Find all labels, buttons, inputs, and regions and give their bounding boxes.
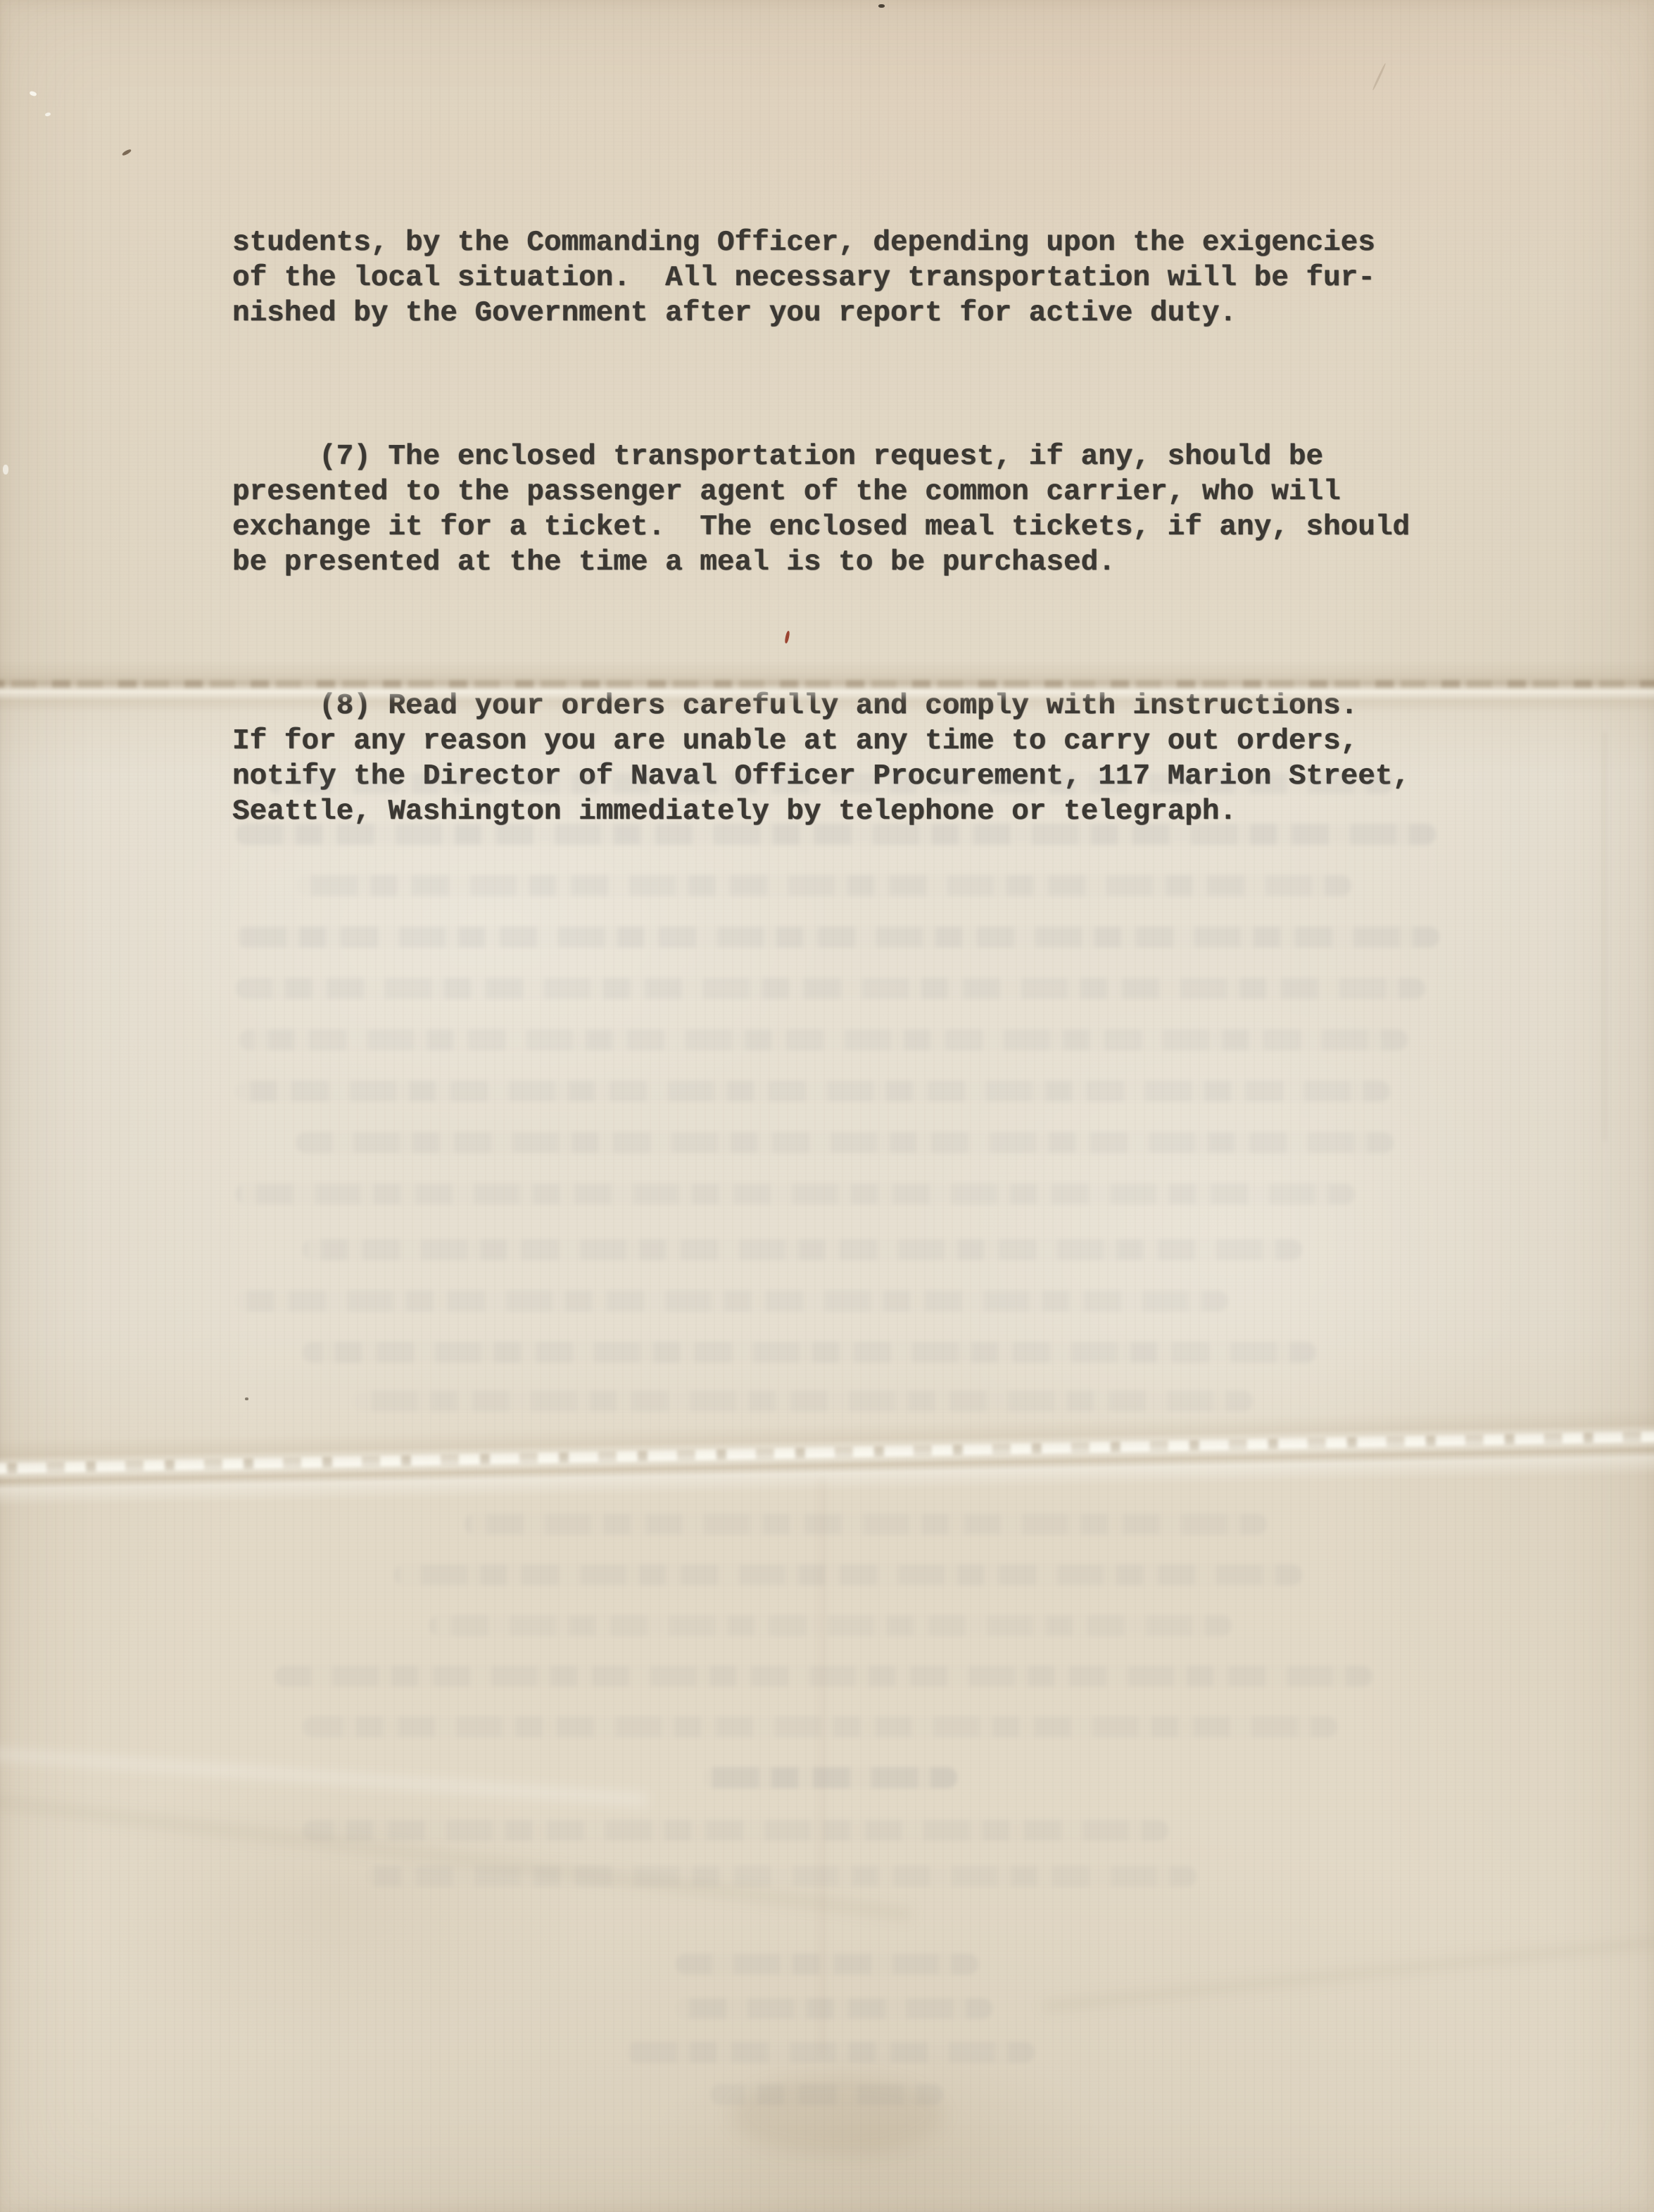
bleedthrough-text-line <box>303 1342 1316 1363</box>
bleedthrough-text-line <box>676 1998 992 2019</box>
bleedthrough-text-line <box>267 773 1394 794</box>
bleedthrough-text-line <box>236 1081 1390 1102</box>
paragraph-7: (7) The enclosed transportation request,… <box>232 439 1410 580</box>
bleedthrough-text-line <box>236 926 1439 948</box>
paper-speck <box>878 4 885 8</box>
paper-speck <box>245 1397 248 1400</box>
bleedthrough-text-line <box>303 1239 1302 1260</box>
bleedthrough-text-line <box>303 1716 1337 1737</box>
bleedthrough-text-line <box>296 1132 1394 1153</box>
bleedthrough-text-line <box>274 1666 1372 1687</box>
paragraph-8: (8) Read your orders carefully and compl… <box>232 689 1410 829</box>
bleedthrough-text-line <box>626 2042 1035 2063</box>
bleedthrough-text-line <box>236 978 1425 999</box>
bleedthrough-text-line <box>676 1954 978 1975</box>
bleedthrough-text-line <box>303 1820 1168 1841</box>
bleedthrough-text-line <box>236 824 1436 845</box>
paragraph-continuation: students, by the Commanding Officer, dep… <box>232 225 1410 331</box>
bleedthrough-text-line <box>429 1615 1232 1636</box>
bleedthrough-text-line <box>704 1767 957 1788</box>
bleedthrough-text-line <box>465 1514 1267 1535</box>
bleedthrough-text-line <box>711 2084 943 2105</box>
paper-speck <box>3 465 8 475</box>
bleedthrough-text-line <box>394 1564 1302 1585</box>
bleedthrough-text-line <box>236 1290 1228 1312</box>
bleedthrough-text-line <box>296 875 1351 896</box>
scanned-letter-page: students, by the Commanding Officer, dep… <box>0 0 1654 2212</box>
bleedthrough-text-line <box>239 1029 1408 1050</box>
bleedthrough-text-line <box>366 1866 1197 1887</box>
bleedthrough-text-line <box>236 1183 1355 1205</box>
bleedthrough-text-line <box>352 1390 1253 1412</box>
